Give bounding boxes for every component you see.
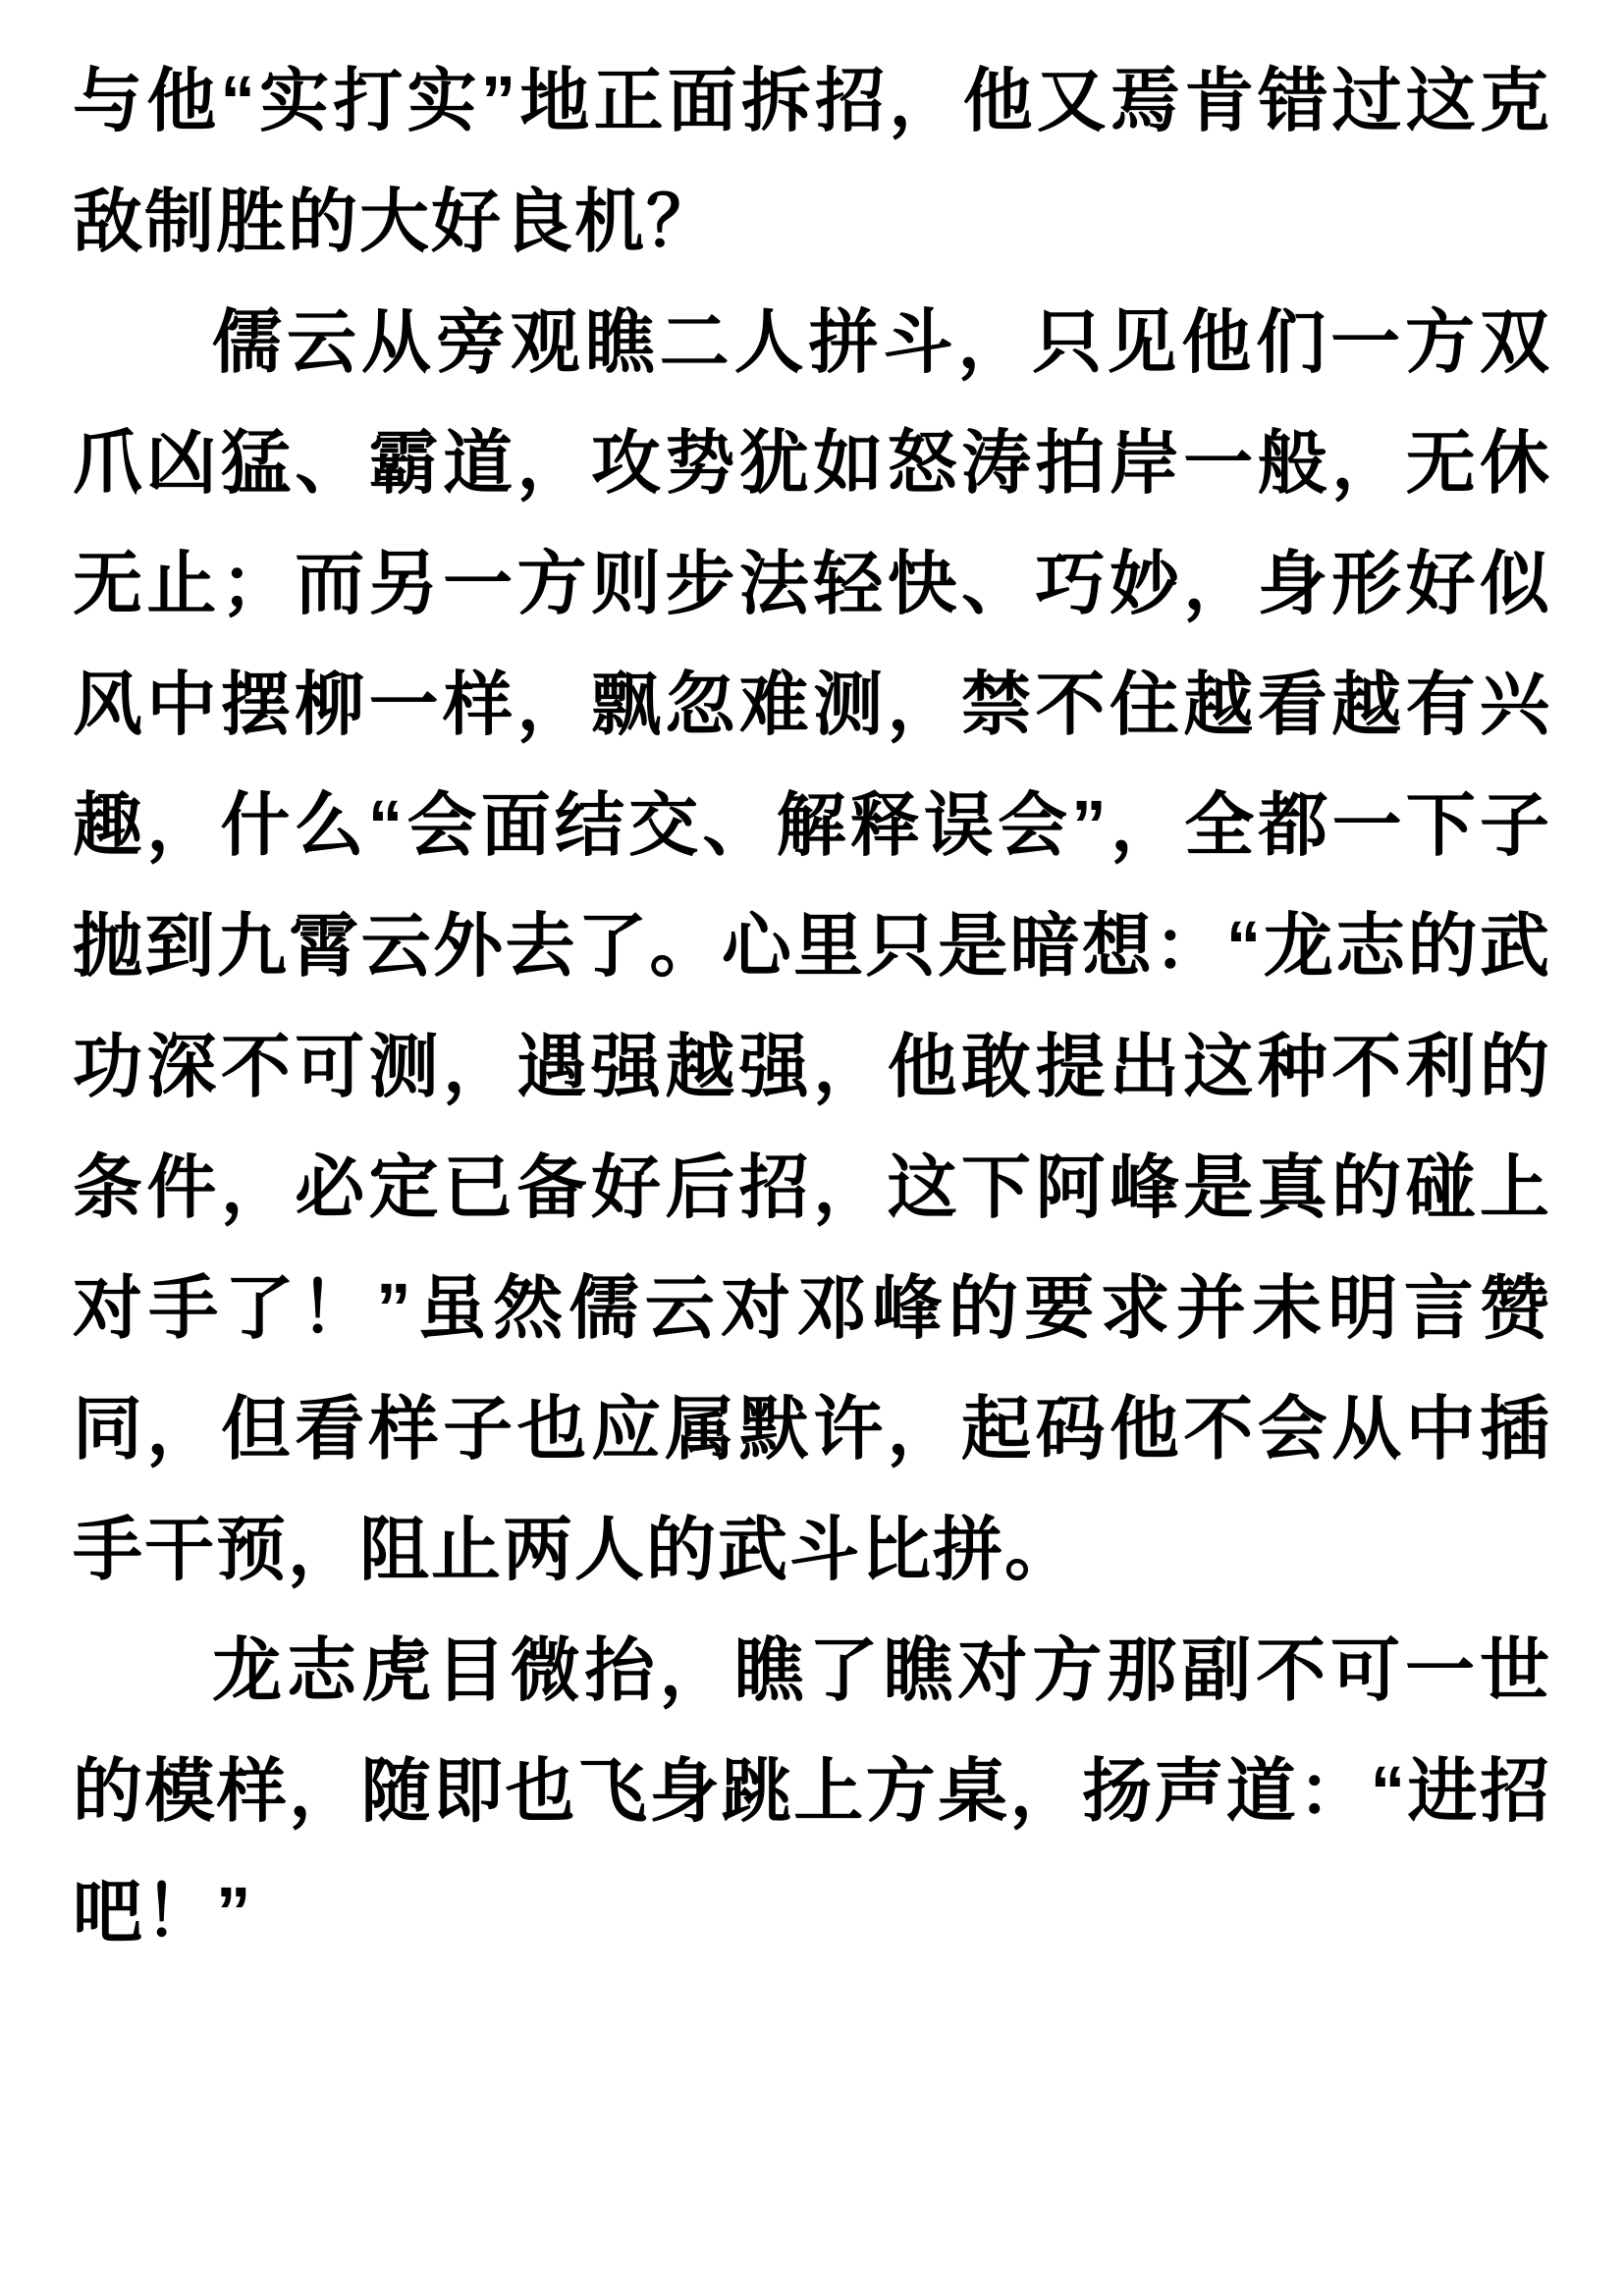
book-page: 与他“实打实”地正面拆招，他又焉肯错过这克敌制胜的大好良机？ 儒云从旁观瞧二人拼… bbox=[0, 0, 1624, 2296]
paragraph: 龙志虎目微抬，瞧了瞧对方那副不可一世的模样，随即也飞身跳上方桌，扬声道：“进招吧… bbox=[73, 1611, 1551, 1973]
paragraph-continuation: 与他“实打实”地正面拆招，他又焉肯错过这克敌制胜的大好良机？ bbox=[73, 41, 1551, 283]
paragraph: 儒云从旁观瞧二人拼斗，只见他们一方双爪凶猛、霸道，攻势犹如怒涛拍岸一般，无休无止… bbox=[73, 283, 1551, 1611]
